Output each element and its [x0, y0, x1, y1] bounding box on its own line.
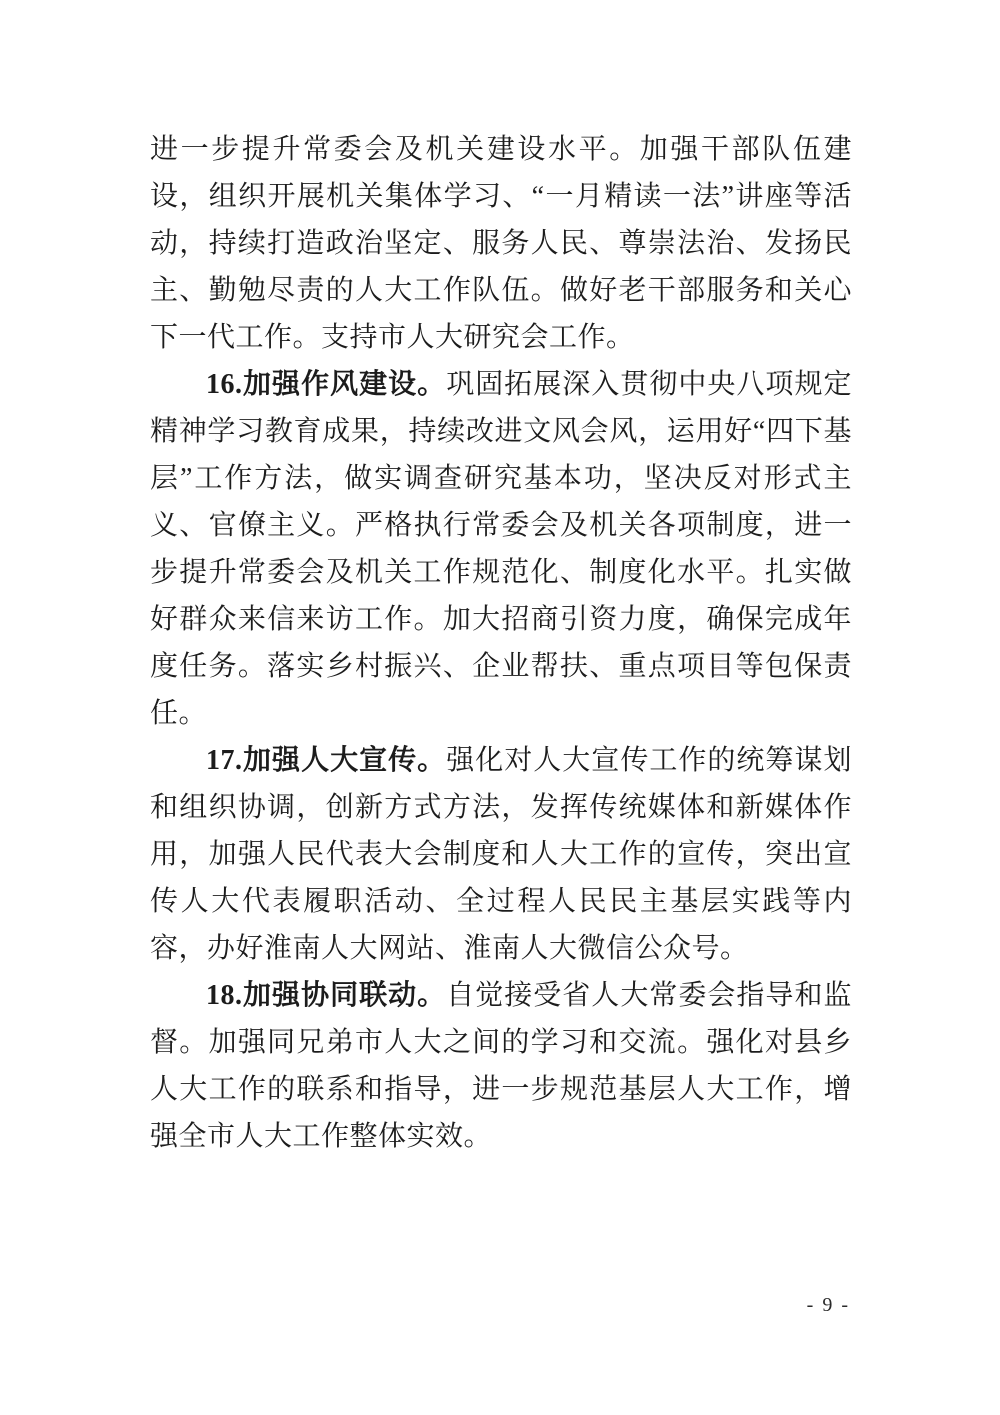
paragraph-16: 16.加强作风建设。巩固拓展深入贯彻中央八项规定精神学习教育成果，持续改进文风会…: [150, 361, 852, 737]
document-page: 进一步提升常委会及机关建设水平。加强干部队伍建设，组织开展机关集体学习、“一月精…: [0, 0, 1000, 1415]
document-body: 进一步提升常委会及机关建设水平。加强干部队伍建设，组织开展机关集体学习、“一月精…: [150, 126, 852, 1160]
paragraph-text: 进一步提升常委会及机关建设水平。加强干部队伍建设，组织开展机关集体学习、“一月精…: [150, 134, 852, 353]
paragraph-continuation: 进一步提升常委会及机关建设水平。加强干部队伍建设，组织开展机关集体学习、“一月精…: [150, 126, 852, 361]
paragraph-18-heading: 18.加强协同联动。: [206, 980, 446, 1011]
paragraph-17-text: 强化对人大宣传工作的统筹谋划和组织协调，创新方式方法，发挥传统媒体和新媒体作用，…: [150, 745, 852, 964]
paragraph-17: 17.加强人大宣传。强化对人大宣传工作的统筹谋划和组织协调，创新方式方法，发挥传…: [150, 737, 852, 972]
paragraph-16-heading: 16.加强作风建设。: [206, 369, 446, 400]
paragraph-16-text: 巩固拓展深入贯彻中央八项规定精神学习教育成果，持续改进文风会风，运用好“四下基层…: [150, 369, 852, 729]
paragraph-17-heading: 17.加强人大宣传。: [206, 745, 446, 776]
page-number: - 9 -: [807, 1294, 850, 1317]
paragraph-18: 18.加强协同联动。自觉接受省人大常委会指导和监督。加强同兄弟市人大之间的学习和…: [150, 972, 852, 1160]
